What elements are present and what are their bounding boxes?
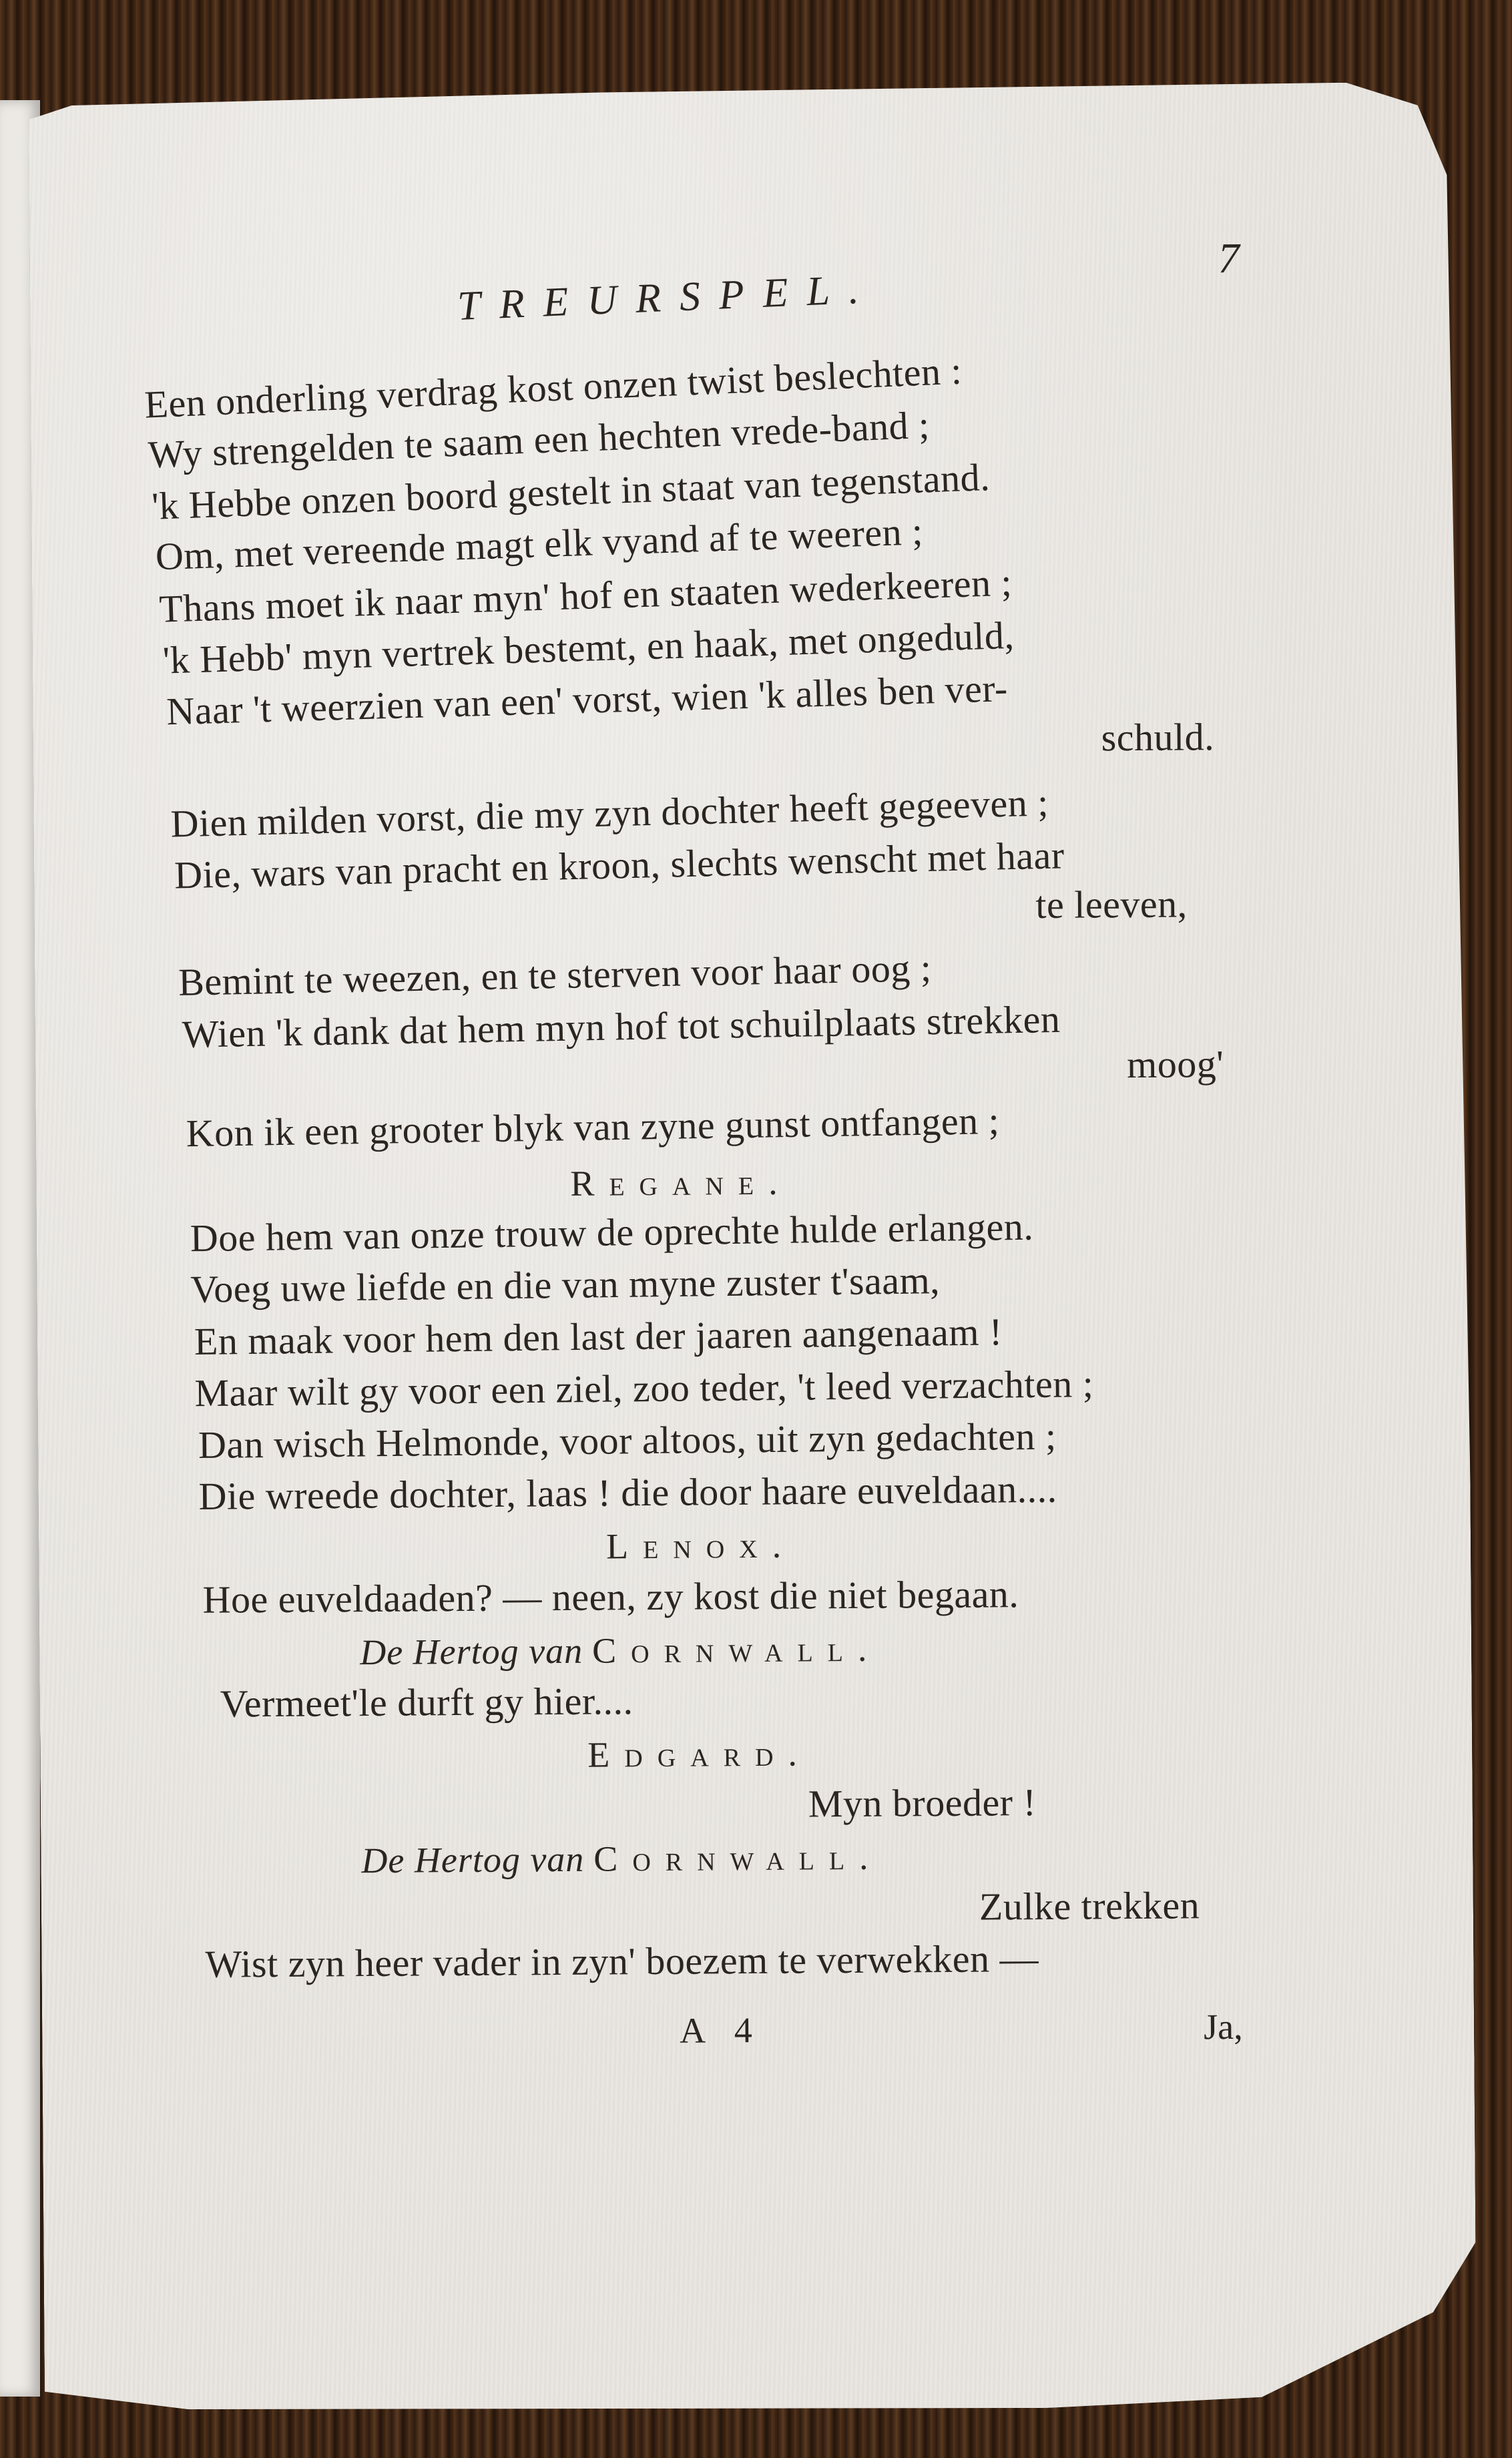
verse-line-turnover: schuld.	[1101, 718, 1214, 757]
verse-line: Kon ik een grooter blyk van zyne gunst o…	[186, 1101, 999, 1153]
book-page: TREURSPEL. 7 Een onderling verdrag kost …	[29, 82, 1477, 2415]
speaker-cornwall: De Hertog vanCornwall.	[361, 1836, 883, 1881]
speaker-name: Cornwall.	[593, 1837, 883, 1879]
verse-line-half: Myn broeder !	[808, 1783, 1037, 1823]
verse-line: Die wreede dochter, laas ! die door haar…	[198, 1470, 1057, 1516]
verse-line: Wist zyn heer vader in zyn' boezem te ve…	[205, 1939, 1039, 1984]
verse-line-half: Zulke trekken	[979, 1886, 1200, 1926]
verse-line: Naar 't weerzien van een' vorst, wien 'k…	[166, 669, 1009, 731]
verse-line: Maar wilt gy voor een ziel, zoo teder, '…	[194, 1365, 1093, 1413]
verse-line: Wien 'k dank dat hem myn hof tot schuilp…	[182, 1000, 1060, 1054]
page-number: 7	[1218, 234, 1240, 283]
speaker-cornwall: De Hertog vanCornwall.	[360, 1628, 882, 1673]
verse-line: Bemint te weezen, en te sterven voor haa…	[178, 949, 932, 1002]
verse-line: Dien milden vorst, die my zyn dochter he…	[170, 783, 1049, 843]
catchword: Ja,	[1204, 2006, 1243, 2047]
verse-line: Hoe euveldaaden? — neen, zy kost die nie…	[202, 1575, 1019, 1620]
verse-line: Voeg uwe liefde en die van myne zuster t…	[190, 1261, 940, 1309]
speaker-lenox: Lenox.	[606, 1525, 796, 1567]
speaker-regane: Regane.	[570, 1162, 792, 1204]
verse-line-turnover: moog'	[1127, 1045, 1224, 1084]
verse-line: En maak voor hem den last der jaaren aan…	[194, 1312, 1003, 1361]
running-head: TREURSPEL.	[457, 266, 878, 330]
verse-line: Die, wars van pracht en kroon, slechts w…	[174, 836, 1065, 895]
verse-line: Doe hem van onze trouw de oprechte hulde…	[190, 1208, 1033, 1258]
speaker-name: Cornwall.	[592, 1629, 882, 1671]
speaker-title: De Hertog van	[360, 1631, 583, 1672]
verse-line-turnover: te leeven,	[1035, 885, 1188, 925]
signature-mark: A 4	[680, 2009, 763, 2051]
speaker-title: De Hertog van	[361, 1839, 584, 1881]
verse-line: Dan wisch Helmonde, voor altoos, uit zyn…	[198, 1417, 1057, 1465]
verse-line: Vermeet'le durft gy hier....	[220, 1682, 634, 1723]
speaker-edgard: Edgard.	[587, 1732, 812, 1775]
